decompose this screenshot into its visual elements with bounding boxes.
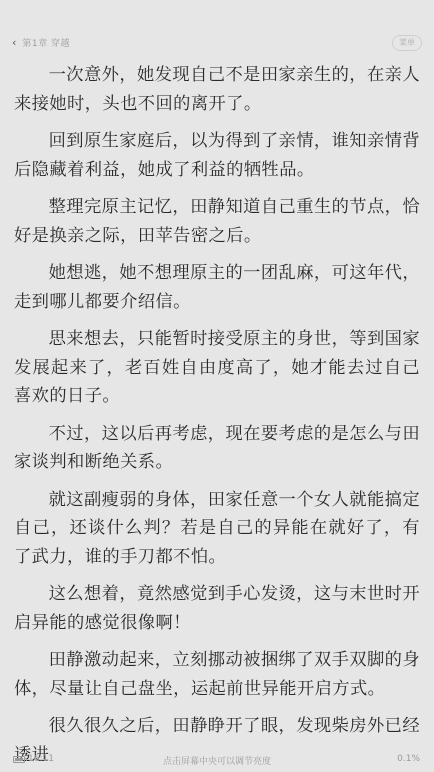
paragraph: 回到原生家庭后，以为得到了亲情，谁知亲情背后隐藏着利益，她成了利益的牺牲品。 [14, 127, 420, 184]
paragraph: 不过，这以后再考虑，现在要考虑的是怎么与田家谈判和断绝关系。 [14, 420, 420, 477]
paragraph: 一次意外，她发现自己不是田家亲生的，在亲人来接她时，头也不回的离开了。 [14, 61, 420, 118]
brightness-hint: 点击屏幕中央可以调节亮度 [0, 754, 434, 767]
chapter-title: 第1章 穿越 [22, 36, 70, 49]
paragraph: 这么想着，竟然感觉到手心发烫，这与末世时开启异能的感觉很像啊！ [14, 580, 420, 637]
reader-header: ‹ 第1章 穿越 菜单 [0, 32, 434, 56]
reader-footer: 16:11 点击屏幕中央可以调节亮度 0.1% [0, 748, 434, 772]
paragraph: 就这副瘦弱的身体，田家任意一个女人就能搞定自己，还谈什么判？若是自己的异能在就好… [14, 486, 420, 572]
paragraph: 整理完原主记忆，田静知道自己重生的节点，恰好是换亲之际，田苹告密之后。 [14, 193, 420, 250]
paragraph: 她想逃，她不想理原主的一团乱麻，可这年代，走到哪儿都要介绍信。 [14, 259, 420, 316]
paragraph: 田静激动起来，立刻挪动被捆绑了双手双脚的身体，尽量让自己盘坐，运起前世异能开启方… [14, 646, 420, 703]
paragraph: 思来想去，只能暂时接受原主的身世，等到国家发展起来了，老百姓自由度高了，她才能去… [14, 325, 420, 411]
back-button[interactable]: ‹ 第1章 穿越 [12, 36, 70, 49]
chevron-left-icon: ‹ [12, 36, 16, 49]
menu-button[interactable]: 菜单 [392, 35, 422, 51]
reading-content[interactable]: 一次意外，她发现自己不是田家亲生的，在亲人来接她时，头也不回的离开了。 回到原生… [14, 61, 420, 772]
reading-progress: 0.1% [397, 754, 420, 764]
